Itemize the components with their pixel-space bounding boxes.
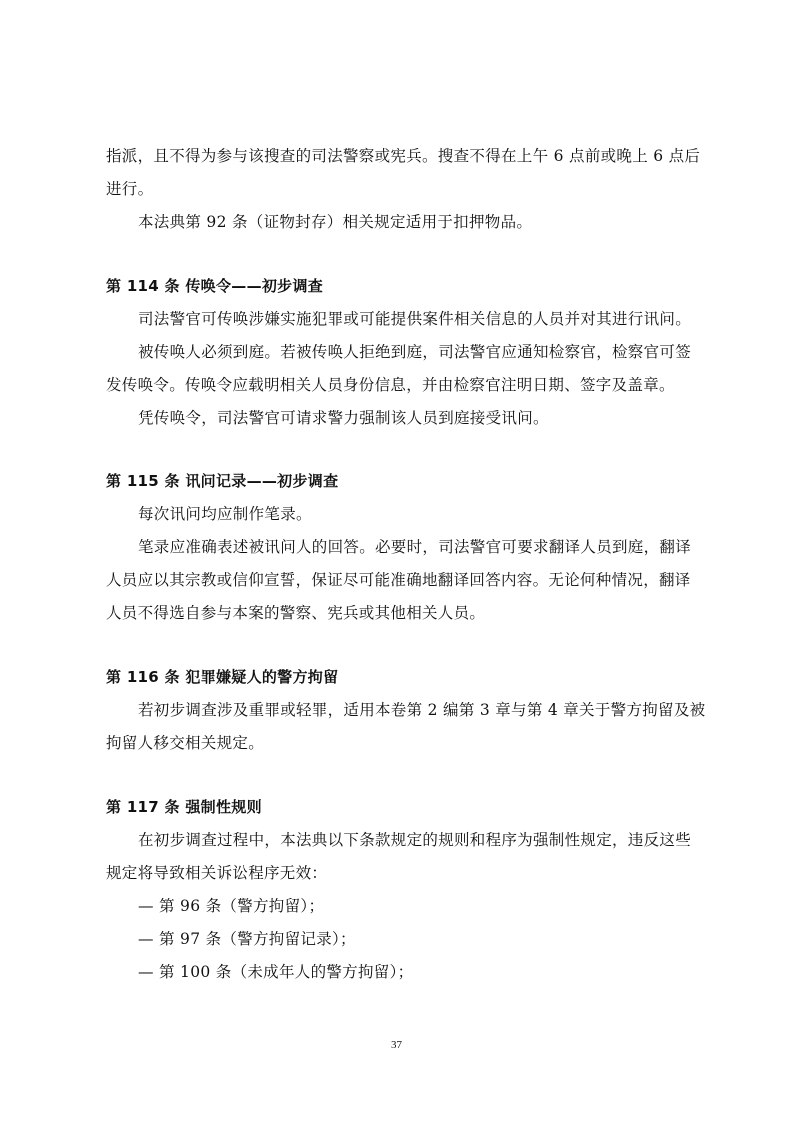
body-text-line: 每次讯问均应制作笔录。 [138,504,728,524]
body-text-line: 司法警官可传唤涉嫌实施犯罪或可能提供案件相关信息的人员并对其进行讯问。 [138,309,728,329]
list-item: — 第 96 条（警方拘留）； [138,896,728,916]
body-text-line: 在初步调查过程中，本法典以下条款规定的规则和程序为强制性规定，违反这些 [138,830,728,850]
body-text-line: 人员应以其宗教或信仰宣誓，保证尽可能准确地翻译回答内容。无论何种情况，翻译 [106,570,696,590]
list-item: — 第 97 条（警方拘留记录）； [138,929,728,949]
body-text-line: 拘留人移交相关规定。 [106,733,696,753]
article-116-heading: 第 116 条 犯罪嫌疑人的警方拘留 [106,667,696,687]
article-117-heading: 第 117 条 强制性规则 [106,797,696,817]
page-number: 37 [0,1039,793,1051]
body-text-line: 人员不得选自参与本案的警察、宪兵或其他相关人员。 [106,603,696,623]
body-text-line: 被传唤人必须到庭。若被传唤人拒绝到庭，司法警官应通知检察官，检察官可签 [138,342,728,362]
body-text-line: 若初步调查涉及重罪或轻罪，适用本卷第 2 编第 3 章与第 4 章关于警方拘留及… [138,700,728,720]
body-text-line: 规定将导致相关诉讼程序无效： [106,863,696,883]
article-115-heading: 第 115 条 讯问记录——初步调查 [106,471,696,491]
article-114-heading: 第 114 条 传唤令——初步调查 [106,276,696,296]
body-paragraph: 本法典第 92 条（证物封存）相关规定适用于扣押物品。 [138,212,728,232]
document-page: 指派，且不得为参与该搜查的司法警察或宪兵。搜查不得在上午 6 点前或晚上 6 点… [0,0,793,1122]
body-text-line: 发传唤令。传唤令应载明相关人员身份信息，并由检察官注明日期、签字及盖章。 [106,375,696,395]
list-item: — 第 100 条（未成年人的警方拘留）； [138,962,728,982]
body-text-line: 指派，且不得为参与该搜查的司法警察或宪兵。搜查不得在上午 6 点前或晚上 6 点… [106,146,696,166]
body-text-line: 笔录应准确表述被讯问人的回答。必要时，司法警官可要求翻译人员到庭，翻译 [138,537,728,557]
body-text-line: 进行。 [106,179,696,199]
body-text-line: 凭传唤令，司法警官可请求警力强制该人员到庭接受讯问。 [138,408,728,428]
